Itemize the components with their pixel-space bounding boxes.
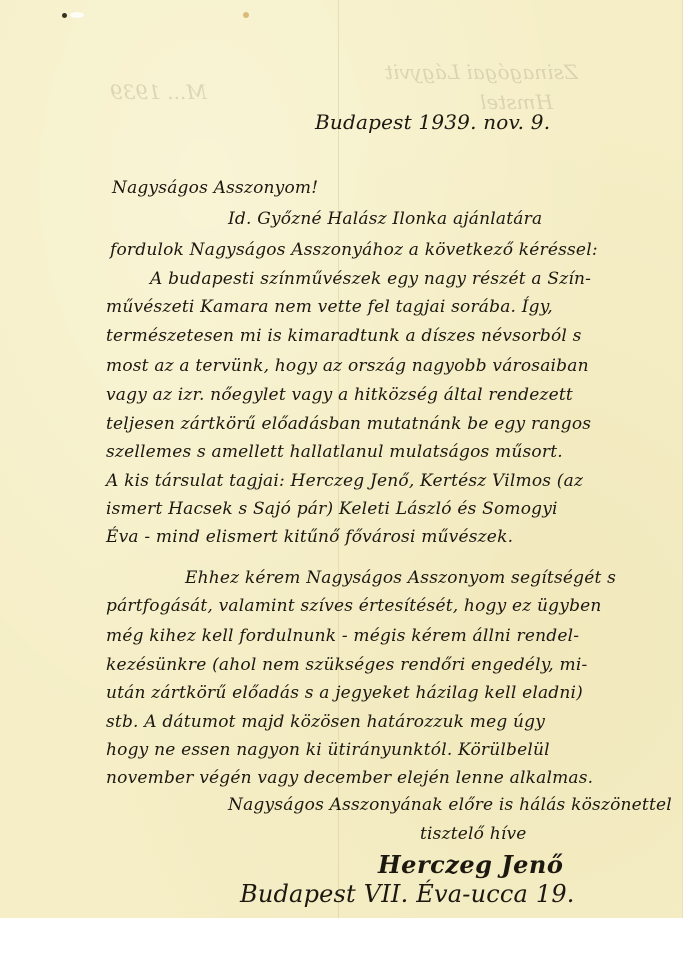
body-line: A budapesti színművészek egy nagy részét…: [150, 269, 591, 289]
body-line: szellemes s amellett hallatlanul mulatsá…: [106, 442, 563, 462]
body-line: természetesen mi is kimaradtunk a díszes…: [106, 326, 582, 346]
body-line: után zártkörű előadás s a jegyeket házil…: [106, 683, 583, 703]
bleedthrough-text: Zsinagógai Lágyvit: [385, 60, 578, 84]
ink-spot: [62, 13, 67, 18]
body-line: Éva - mind elismert kitűnő fővárosi művé…: [106, 527, 513, 547]
body-line: ismert Hacsek s Sajó pár) Keleti László …: [106, 499, 558, 519]
body-line: november végén vagy december elején lenn…: [106, 768, 593, 788]
body-line: művészeti Kamara nem vette fel tagjai so…: [106, 297, 553, 317]
body-line: A kis társulat tagjai: Herczeg Jenő, Ker…: [106, 471, 583, 491]
signature: Herczeg Jenő: [378, 850, 563, 879]
body-line: még kihez kell fordulnunk - mégis kérem …: [106, 626, 579, 646]
bleedthrough-text: M... 1939: [110, 80, 207, 104]
letter-paper: Zsinagógai Lágyvit Hmstel M... 1939 Buda…: [0, 0, 682, 918]
body-line: Ehhez kérem Nagyságos Asszonyom segítség…: [185, 568, 616, 588]
sender-address: Budapest VII. Éva-ucca 19.: [240, 880, 575, 908]
body-line: stb. A dátumot majd közösen határozzuk m…: [106, 712, 545, 732]
body-line: most az a tervünk, hogy az ország nagyob…: [106, 356, 589, 376]
paper-stain: [70, 12, 84, 18]
closing-line: Nagyságos Asszonyának előre is hálás kös…: [228, 795, 672, 815]
body-line: hogy ne essen nagyon ki ütirányunktól. K…: [106, 740, 550, 760]
body-line: Id. Győzné Halász Ilonka ajánlatára: [228, 209, 542, 229]
body-line: teljesen zártkörű előadásban mutatnánk b…: [106, 414, 591, 434]
body-line: kezésünkre (ahol nem szükséges rendőri e…: [106, 655, 587, 675]
body-line: vagy az izr. nőegylet vagy a hitközség á…: [106, 385, 573, 405]
scan-margin: [0, 918, 690, 966]
paper-stain: [243, 12, 249, 18]
salutation: Nagyságos Asszonyom!: [112, 178, 318, 198]
closing-line: tisztelő híve: [420, 824, 527, 844]
date-line: Budapest 1939. nov. 9.: [315, 110, 550, 134]
body-line: fordulok Nagyságos Asszonyához a követke…: [110, 240, 598, 260]
body-line: pártfogását, valamint szíves értesítését…: [106, 596, 602, 616]
